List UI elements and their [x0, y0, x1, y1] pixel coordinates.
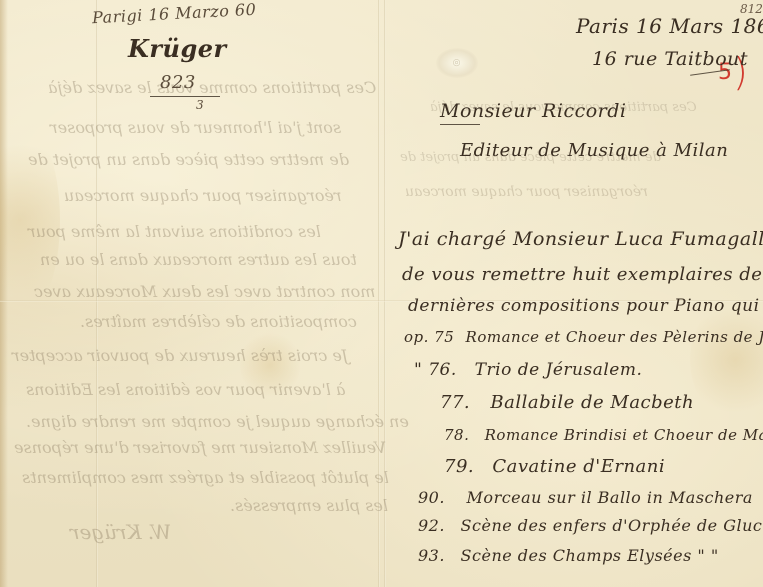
salutation-flourish [440, 124, 480, 125]
letter-place-date: Paris 16 Mars 1860 [576, 14, 763, 38]
bleed-through-line: en échange auquel je compte me rendre di… [26, 412, 409, 431]
work-title: Romance et Choeur des Pèlerins de Jérusa… [466, 328, 763, 346]
bleed-through-line: Je crois très heureux de pouvoir accepte… [12, 346, 348, 365]
bleed-through-line: Veuillez Monsieur me favoriser d'une rép… [14, 438, 386, 457]
bleed-through-line: les conditions suivant la même pour [28, 222, 321, 241]
work-item: 92. Scène des enfers d'Orphée de Gluck [418, 516, 763, 535]
letter-recipient-title: Editeur de Musique à Milan [460, 140, 728, 161]
bleed-through-line: le plutôt possible et agréez mes complim… [22, 468, 389, 487]
work-opus: 90. [418, 488, 445, 507]
bleed-through-line: réorganiser pour chaque morceau [405, 184, 648, 200]
work-opus: op. 75 [404, 328, 454, 346]
bleed-through-line: tous les autres morceaux dans le ou en [40, 250, 357, 269]
paper-stain [690, 300, 763, 420]
letter-body-line: dernières compositions pour Piano qui so… [408, 296, 763, 316]
work-title: Romance Brindisi et Choeur de Macbeth [485, 426, 763, 444]
work-opus: 92. [418, 516, 445, 535]
letter-body-line: de vous remettre huit exemplaires de mes [402, 264, 763, 285]
work-item: " 76. Trio de Jérusalem. [414, 360, 642, 380]
letter-salutation: Monsieur Riccordi [440, 100, 627, 122]
work-item: 93. Scène des Champs Elysées " " [418, 546, 719, 565]
letter-address: 16 rue Taitbout [592, 48, 748, 70]
work-title: Morceau sur il Ballo in Maschera [467, 488, 753, 507]
bleed-through-line: réorganiser pour chaque morceau [64, 186, 342, 205]
work-item: op. 75 Romance et Choeur des Pèlerins de… [404, 328, 763, 346]
bleed-through-line: mon contrat avec les deux Morceaux avec [34, 282, 375, 301]
docket-number: 823 [160, 72, 196, 93]
letter-scan: ◎ Ces partitions comme vous le savez déj… [0, 0, 763, 587]
work-title: Scène des enfers d'Orphée de Gluck [461, 516, 763, 535]
embossed-stamp: ◎ [436, 48, 478, 78]
bleed-through-line: les plus empressés. [230, 496, 388, 515]
docket-date: Parigi 16 Marzo 60 [92, 0, 257, 27]
bleed-through-line: de mettre cette pièce dans un projet de [28, 150, 349, 169]
work-item: 78. Romance Brindisi et Choeur de Macbet… [444, 426, 763, 444]
work-opus: " 76. [414, 360, 457, 380]
work-opus: 78. [444, 426, 469, 444]
work-title: Trio de Jérusalem. [475, 360, 643, 380]
bleed-through-line: à l'avenir pour vos éditions les Edition… [26, 380, 345, 399]
work-title: Cavatine d'Ernani [492, 456, 665, 477]
docket-subnumber: 3 [196, 98, 204, 112]
work-title: Scène des Champs Elysées " " [461, 546, 719, 565]
docket-flourish [150, 96, 220, 97]
work-opus: 79. [444, 456, 474, 477]
work-opus: 77. [440, 392, 470, 413]
letter-body-line: J'ai chargé Monsieur Luca Fumagalli [398, 228, 763, 250]
bleed-through-line: compositions de célèbres maîtres. [80, 312, 357, 331]
work-item: 79. Cavatine d'Ernani [444, 456, 665, 477]
work-item: 90. Morceau sur il Ballo in Maschera [418, 488, 753, 507]
work-title: Ballabile de Macbeth [490, 392, 694, 413]
bleed-through-signature: W. Krüger [70, 520, 171, 544]
docket-sender-name: Krüger [128, 34, 227, 63]
work-item: 77. Ballabile de Macbeth [440, 392, 694, 413]
bleed-through-line: sont j'ai l'honneur de vous proposer [50, 118, 341, 137]
work-opus: 93. [418, 546, 445, 565]
bleed-through-line: Ces partitions comme vous le savez déjà [48, 78, 376, 97]
